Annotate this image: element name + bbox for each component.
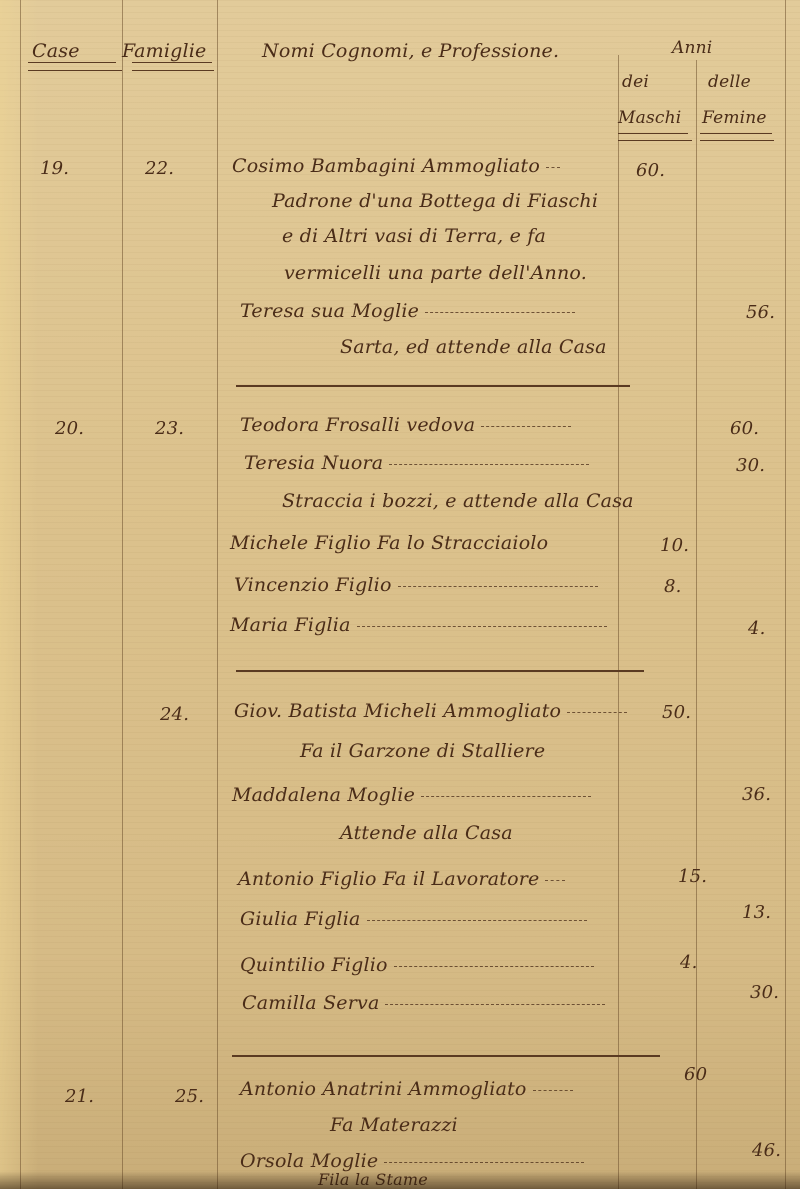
age-femine: 30. [750, 982, 779, 1003]
age-maschi: 50. [662, 702, 691, 723]
entry-text: Antonio Figlio Fa il Lavoratore [238, 868, 565, 890]
entry-text: Michele Figlio Fa lo Stracciaiolo [230, 532, 548, 554]
census-page: Case Famiglie Nomi Cognomi, e Profession… [0, 0, 800, 1189]
entry-text: Vincenzio Figlio [234, 574, 598, 596]
entry-text: Sarta, ed attende alla Casa [340, 336, 607, 358]
entry-text: Orsola Moglie [240, 1150, 584, 1172]
casa-number: 19. [40, 158, 69, 179]
age-femine: 56. [746, 302, 775, 323]
column-rule-nomi [618, 55, 619, 1189]
header-dei: dei [622, 72, 649, 92]
header-underline [618, 140, 692, 141]
casa-number: 21. [65, 1086, 94, 1107]
header-case: Case [32, 40, 80, 62]
entry-text: Maria Figlia [230, 614, 607, 636]
header-famiglie: Famiglie [122, 40, 206, 62]
age-femine: 4. [748, 618, 766, 639]
famiglia-number: 22. [145, 158, 174, 179]
age-maschi: 4. [680, 952, 698, 973]
header-anni: Anni [672, 38, 712, 58]
age-maschi: 60. [636, 160, 665, 181]
famiglia-number: 25. [175, 1086, 204, 1107]
page-fold-shade [0, 0, 38, 1189]
entry-text: Camilla Serva [242, 992, 605, 1014]
page-edge-shadow [0, 1171, 800, 1189]
entry-text: Giov. Batista Micheli Ammogliato [234, 700, 627, 722]
entry-text: Giulia Figlia [240, 908, 587, 930]
age-maschi: 10. [660, 535, 689, 556]
entry-text: Teresia Nuora [244, 452, 589, 474]
column-rule-maschi [696, 60, 697, 1189]
famiglia-number: 24. [160, 704, 189, 725]
entry-text: Straccia i bozzi, e attende alla Casa [282, 490, 634, 512]
entry-text: Fa Materazzi [330, 1114, 458, 1136]
entry-text: Attende alla Casa [340, 822, 513, 844]
age-femine: 30. [736, 455, 765, 476]
header-maschi: Maschi [618, 108, 681, 128]
entry-text: Antonio Anatrini Ammogliato [240, 1078, 573, 1100]
age-femine: 46. [752, 1140, 781, 1161]
entry-text: Fa il Garzone di Stalliere [300, 740, 545, 762]
entry-text: Teresa sua Moglie [240, 300, 575, 322]
entry-text: e di Altri vasi di Terra, e fa [282, 225, 546, 247]
header-underline [28, 62, 116, 63]
age-maschi: 60 [684, 1064, 707, 1085]
header-underline [132, 70, 214, 71]
header-nomi-cognomi-professione: Nomi Cognomi, e Professione. [262, 40, 559, 62]
entry-text: vermicelli una parte dell'Anno. [284, 262, 587, 284]
age-maschi: 8. [664, 576, 682, 597]
column-rule-femine [785, 0, 786, 1189]
header-delle: delle [708, 72, 751, 92]
entry-text: Maddalena Moglie [232, 784, 591, 806]
column-rule-famiglie [217, 0, 218, 1189]
header-femine: Femine [702, 108, 767, 128]
column-rule-case [122, 0, 123, 1189]
header-underline [28, 70, 122, 71]
household-separator [232, 1055, 660, 1057]
casa-number: 20. [55, 418, 84, 439]
column-rule-margin [20, 0, 21, 1189]
header-underline [700, 140, 774, 141]
age-maschi: 15. [678, 866, 707, 887]
household-separator [236, 385, 630, 387]
entry-text: Cosimo Bambagini Ammogliato [232, 155, 560, 177]
household-separator [236, 670, 644, 672]
age-femine: 36. [742, 784, 771, 805]
entry-text: Teodora Frosalli vedova [240, 414, 571, 436]
famiglia-number: 23. [155, 418, 184, 439]
header-underline [700, 133, 772, 134]
entry-text: Quintilio Figlio [240, 954, 594, 976]
age-femine: 13. [742, 902, 771, 923]
header-underline [618, 133, 688, 134]
age-femine: 60. [730, 418, 759, 439]
entry-text: Padrone d'una Bottega di Fiaschi [272, 190, 598, 212]
header-underline [132, 62, 212, 63]
